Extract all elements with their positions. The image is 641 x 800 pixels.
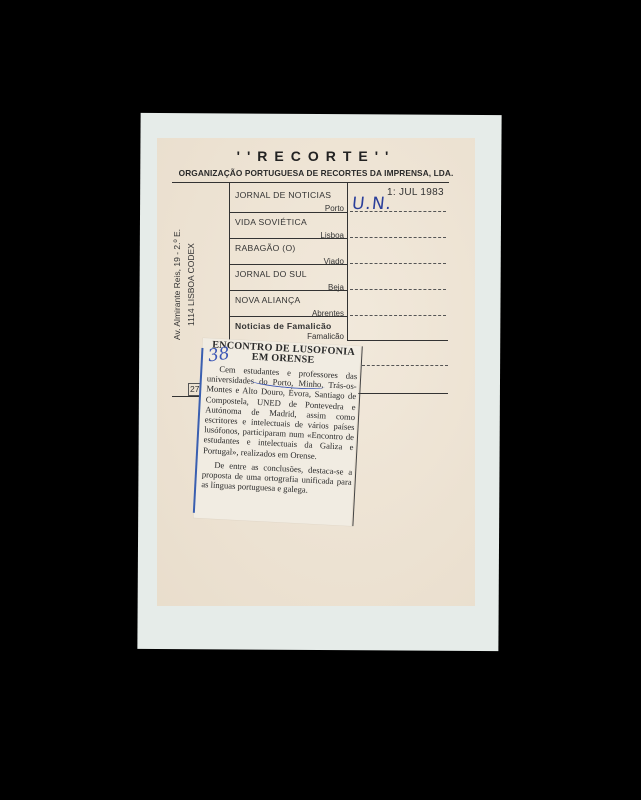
date-line [350,237,446,238]
publication-city: Porto [325,204,344,213]
handwritten-initials: U.N. [351,194,393,214]
publication-name: JORNAL DO SUL [235,269,307,279]
newspaper-clipping: ENCONTRO DE LUSOFONIA EM ORENSE Cem estu… [194,338,361,526]
handwritten-number: 38 [207,344,231,367]
publication-name: JORNAL DE NOTICIAS [235,190,331,200]
date-line [350,315,446,316]
publication-name: NOVA ALIANÇA [235,295,301,305]
publication-city: Viado [324,257,344,266]
publication-city: Beja [328,283,344,292]
address-block: Av. Almirante Reis, 19 - 2.º E. 1114 LIS… [170,229,198,340]
address-line-2: 1114 LISBOA CODEX [184,229,198,326]
publication-city: Lisboa [320,231,344,240]
date-line [362,365,448,366]
date-line [350,289,446,290]
publication-name: VIDA SOVIÉTICA [235,217,307,227]
column-divider-left [229,183,230,341]
address-line-1: Av. Almirante Reis, 19 - 2.º E. [170,229,184,340]
header-rule [172,182,449,183]
publication-name: RABAGÃO (O) [235,243,296,253]
date-stamp: 1: JUL 1983 [387,187,444,198]
bottom-rule [358,393,448,394]
date-line [350,263,446,264]
card-subtitle: ORGANIZAÇÃO PORTUGUESA DE RECORTES DA IM… [157,168,475,178]
column-divider-right [347,183,348,341]
publication-city: Abrentes [312,309,344,318]
publication-city: Famalicão [307,332,344,341]
clipping-paragraph-2: De entre as conclusões, destaca-se a pro… [201,459,352,497]
card-title: ''RECORTE'' [157,148,475,164]
date-bottom-rule [348,340,448,341]
ref-underline [172,396,202,397]
publication-name: Noticias de Famalicão [235,321,332,331]
